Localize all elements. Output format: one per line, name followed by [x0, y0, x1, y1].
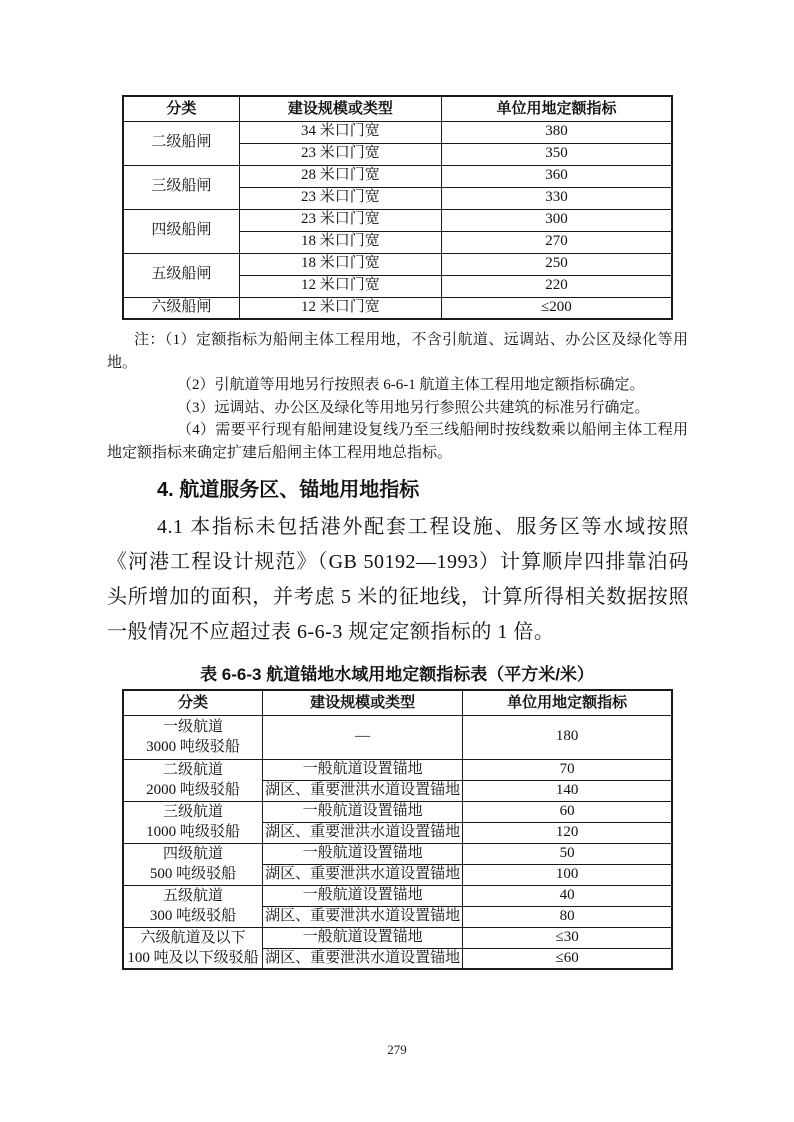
- spec-cell: 23 米口门宽: [239, 143, 441, 165]
- table-row: 三级航道 1000 吨级驳船 一般航道设置锚地 60: [123, 801, 672, 822]
- table-row: 六级航道及以下 100 吨及以下级驳船 一般航道设置锚地 ≤30: [123, 927, 672, 948]
- value-cell: 330: [441, 187, 672, 209]
- table-row: 二级船闸 34 米口门宽 380: [123, 121, 672, 143]
- value-cell: 70: [463, 759, 672, 780]
- table-row: 四级航道 500 吨级驳船 一般航道设置锚地 50: [123, 843, 672, 864]
- spec-cell: 一般航道设置锚地: [262, 927, 462, 948]
- spec-cell: 湖区、重要泄洪水道设置锚地: [262, 906, 462, 927]
- category-line: 六级航道及以下: [126, 928, 260, 948]
- note-item-1: 注：（1）定额指标为船闸主体工程用地，不含引航道、远调站、办公区及绿化等用地。: [107, 329, 688, 374]
- value-cell: 270: [441, 231, 672, 253]
- value-cell: 40: [463, 885, 672, 906]
- spec-cell: 23 米口门宽: [239, 209, 441, 231]
- note-text: （1）定额指标为船闸主体工程用地，不含引航道、远调站、办公区及绿化等用地。: [107, 332, 688, 371]
- category-cell: 四级航道 500 吨级驳船: [123, 843, 262, 885]
- value-cell: 220: [441, 275, 672, 297]
- value-cell: 250: [441, 253, 672, 275]
- category-cell: 二级船闸: [123, 121, 239, 165]
- value-cell: 360: [441, 165, 672, 187]
- table-row: 五级船闸 18 米口门宽 250: [123, 253, 672, 275]
- value-cell: ≤200: [441, 297, 672, 319]
- table-header-row: 分类 建设规模或类型 单位用地定额指标: [123, 96, 672, 121]
- spec-cell: 34 米口门宽: [239, 121, 441, 143]
- category-line: 2000 吨级驳船: [126, 780, 260, 800]
- spec-cell: 湖区、重要泄洪水道设置锚地: [262, 948, 462, 969]
- value-cell: 60: [463, 801, 672, 822]
- spec-cell: 湖区、重要泄洪水道设置锚地: [262, 780, 462, 801]
- table-row: 二级航道 2000 吨级驳船 一般航道设置锚地 70: [123, 759, 672, 780]
- spec-cell: 湖区、重要泄洪水道设置锚地: [262, 864, 462, 885]
- spec-cell: —: [262, 715, 462, 759]
- header-category: 分类: [123, 96, 239, 121]
- value-cell: 80: [463, 906, 672, 927]
- table-row: 六级船闸 12 米口门宽 ≤200: [123, 297, 672, 319]
- category-cell: 三级船闸: [123, 165, 239, 209]
- table-row: 一级航道 3000 吨级驳船 — 180: [123, 715, 672, 759]
- value-cell: 50: [463, 843, 672, 864]
- page-number: 279: [0, 1042, 794, 1058]
- category-cell: 一级航道 3000 吨级驳船: [123, 715, 262, 759]
- value-cell: 120: [463, 822, 672, 843]
- category-cell: 五级航道 300 吨级驳船: [123, 885, 262, 927]
- notes-label: 注：: [134, 332, 165, 348]
- table-header-row: 分类 建设规模或类型 单位用地定额指标: [123, 690, 672, 715]
- spec-cell: 一般航道设置锚地: [262, 759, 462, 780]
- spec-cell: 28 米口门宽: [239, 165, 441, 187]
- value-cell: 140: [463, 780, 672, 801]
- value-cell: 300: [441, 209, 672, 231]
- category-cell: 五级船闸: [123, 253, 239, 297]
- anchorage-quota-table: 分类 建设规模或类型 单位用地定额指标 一级航道 3000 吨级驳船 — 180…: [122, 689, 673, 970]
- category-cell: 六级船闸: [123, 297, 239, 319]
- section-heading: 4. 航道服务区、锚地用地指标: [107, 477, 688, 503]
- category-cell: 二级航道 2000 吨级驳船: [123, 759, 262, 801]
- category-line: 300 吨级驳船: [126, 906, 260, 926]
- spec-cell: 湖区、重要泄洪水道设置锚地: [262, 822, 462, 843]
- spec-cell: 一般航道设置锚地: [262, 843, 462, 864]
- category-cell: 三级航道 1000 吨级驳船: [123, 801, 262, 843]
- header-value: 单位用地定额指标: [463, 690, 672, 715]
- table-row: 五级航道 300 吨级驳船 一般航道设置锚地 40: [123, 885, 672, 906]
- spec-cell: 23 米口门宽: [239, 187, 441, 209]
- category-line: 1000 吨级驳船: [126, 822, 260, 842]
- category-cell: 四级船闸: [123, 209, 239, 253]
- header-spec: 建设规模或类型: [239, 96, 441, 121]
- table-row: 四级船闸 23 米口门宽 300: [123, 209, 672, 231]
- note-item-2: （2）引航道等用地另行按照表 6-6-1 航道主体工程用地定额指标确定。: [107, 374, 688, 397]
- spec-cell: 12 米口门宽: [239, 275, 441, 297]
- value-cell: 180: [463, 715, 672, 759]
- note-item-4: （4）需要平行现有船闸建设复线乃至三线船闸时按线数乘以船闸主体工程用地定额指标来…: [107, 419, 688, 464]
- category-line: 500 吨级驳船: [126, 864, 260, 884]
- spec-cell: 一般航道设置锚地: [262, 801, 462, 822]
- value-cell: 350: [441, 143, 672, 165]
- value-cell: ≤30: [463, 927, 672, 948]
- value-cell: 100: [463, 864, 672, 885]
- category-cell: 六级航道及以下 100 吨及以下级驳船: [123, 927, 262, 969]
- spec-cell: 12 米口门宽: [239, 297, 441, 319]
- category-line: 二级航道: [126, 760, 260, 780]
- header-value: 单位用地定额指标: [441, 96, 672, 121]
- category-line: 100 吨及以下级驳船: [126, 948, 260, 968]
- category-line: 3000 吨级驳船: [126, 737, 260, 757]
- spec-cell: 18 米口门宽: [239, 231, 441, 253]
- table-row: 三级船闸 28 米口门宽 360: [123, 165, 672, 187]
- top-margin: [0, 0, 794, 95]
- anchorage-table-caption: 表 6-6-3 航道锚地水域用地定额指标表（平方米/米）: [0, 665, 794, 685]
- header-spec: 建设规模或类型: [262, 690, 462, 715]
- section-paragraph: 4.1 本指标未包括港外配套工程设施、服务区等水域按照《河港工程设计规范》（GB…: [107, 510, 689, 650]
- category-line: 五级航道: [126, 886, 260, 906]
- document-page: 分类 建设规模或类型 单位用地定额指标 二级船闸 34 米口门宽 380 23 …: [0, 0, 794, 1122]
- spec-cell: 一般航道设置锚地: [262, 885, 462, 906]
- header-category: 分类: [123, 690, 262, 715]
- category-line: 一级航道: [126, 717, 260, 737]
- value-cell: ≤60: [463, 948, 672, 969]
- note-item-3: （3）远调站、办公区及绿化等用地另行参照公共建筑的标准另行确定。: [107, 397, 688, 420]
- ship-lock-quota-table: 分类 建设规模或类型 单位用地定额指标 二级船闸 34 米口门宽 380 23 …: [122, 95, 673, 320]
- spec-cell: 18 米口门宽: [239, 253, 441, 275]
- table-notes: 注：（1）定额指标为船闸主体工程用地，不含引航道、远调站、办公区及绿化等用地。 …: [107, 329, 688, 464]
- category-line: 三级航道: [126, 802, 260, 822]
- category-line: 四级航道: [126, 844, 260, 864]
- value-cell: 380: [441, 121, 672, 143]
